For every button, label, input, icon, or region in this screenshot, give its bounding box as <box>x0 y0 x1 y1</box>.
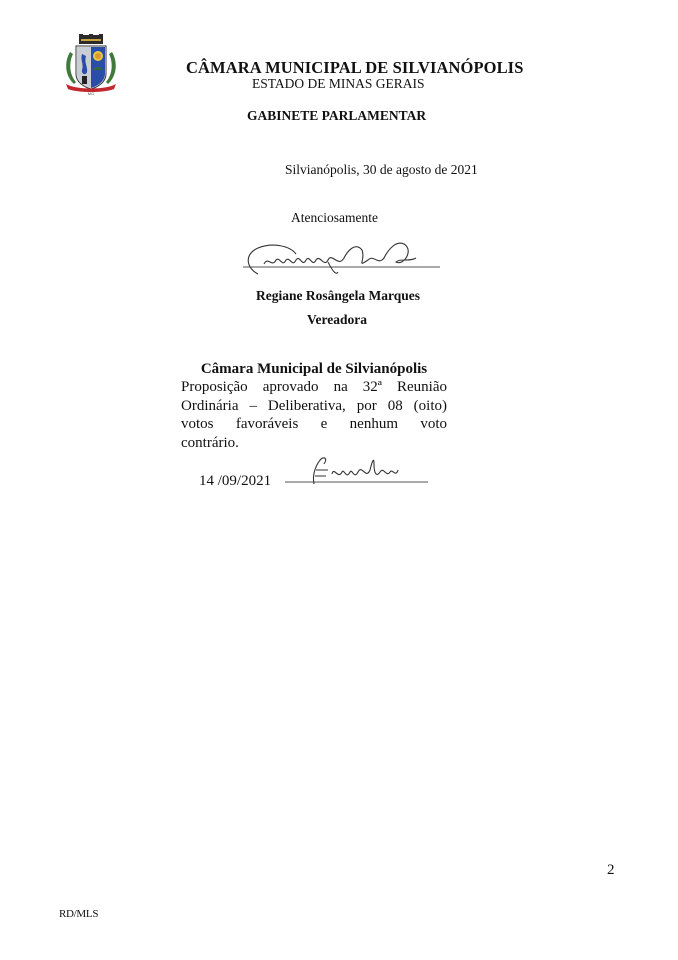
footer-reference: RD/MLS <box>59 908 98 920</box>
stamp-line: contrário. <box>181 434 447 453</box>
department-heading: GABINETE PARLAMENTAR <box>247 108 426 124</box>
stamp-title: Câmara Municipal de Silvianópolis <box>181 360 447 378</box>
page-number: 2 <box>607 862 615 879</box>
closing-salutation: Atenciosamente <box>291 210 378 226</box>
svg-text:MG: MG <box>88 91 94 96</box>
stamp-line: votos favoráveis e nenhum voto <box>181 415 447 434</box>
signatory-name: Regiane Rosângela Marques <box>256 288 420 304</box>
place-date: Silvianópolis, 30 de agosto de 2021 <box>285 162 478 178</box>
chamber-title: CÂMARA MUNICIPAL DE SILVIANÓPOLIS <box>186 58 523 78</box>
state-subtitle: ESTADO DE MINAS GERAIS <box>252 76 425 92</box>
signatory-role: Vereadora <box>307 312 367 328</box>
stamp-body: Proposição aprovado na 32ª Reunião Ordin… <box>181 378 447 452</box>
stamp-line: Proposição aprovado na 32ª Reunião <box>181 378 447 397</box>
stamp-line: Ordinária – Deliberativa, por 08 (oito) <box>181 397 447 416</box>
coat-of-arms-icon: MG <box>62 34 120 96</box>
approval-date: 14 /09/2021 <box>199 473 271 490</box>
approval-signature-image <box>282 452 432 492</box>
approval-stamp: Câmara Municipal de Silvianópolis Propos… <box>181 360 447 452</box>
signature-image <box>228 232 448 280</box>
